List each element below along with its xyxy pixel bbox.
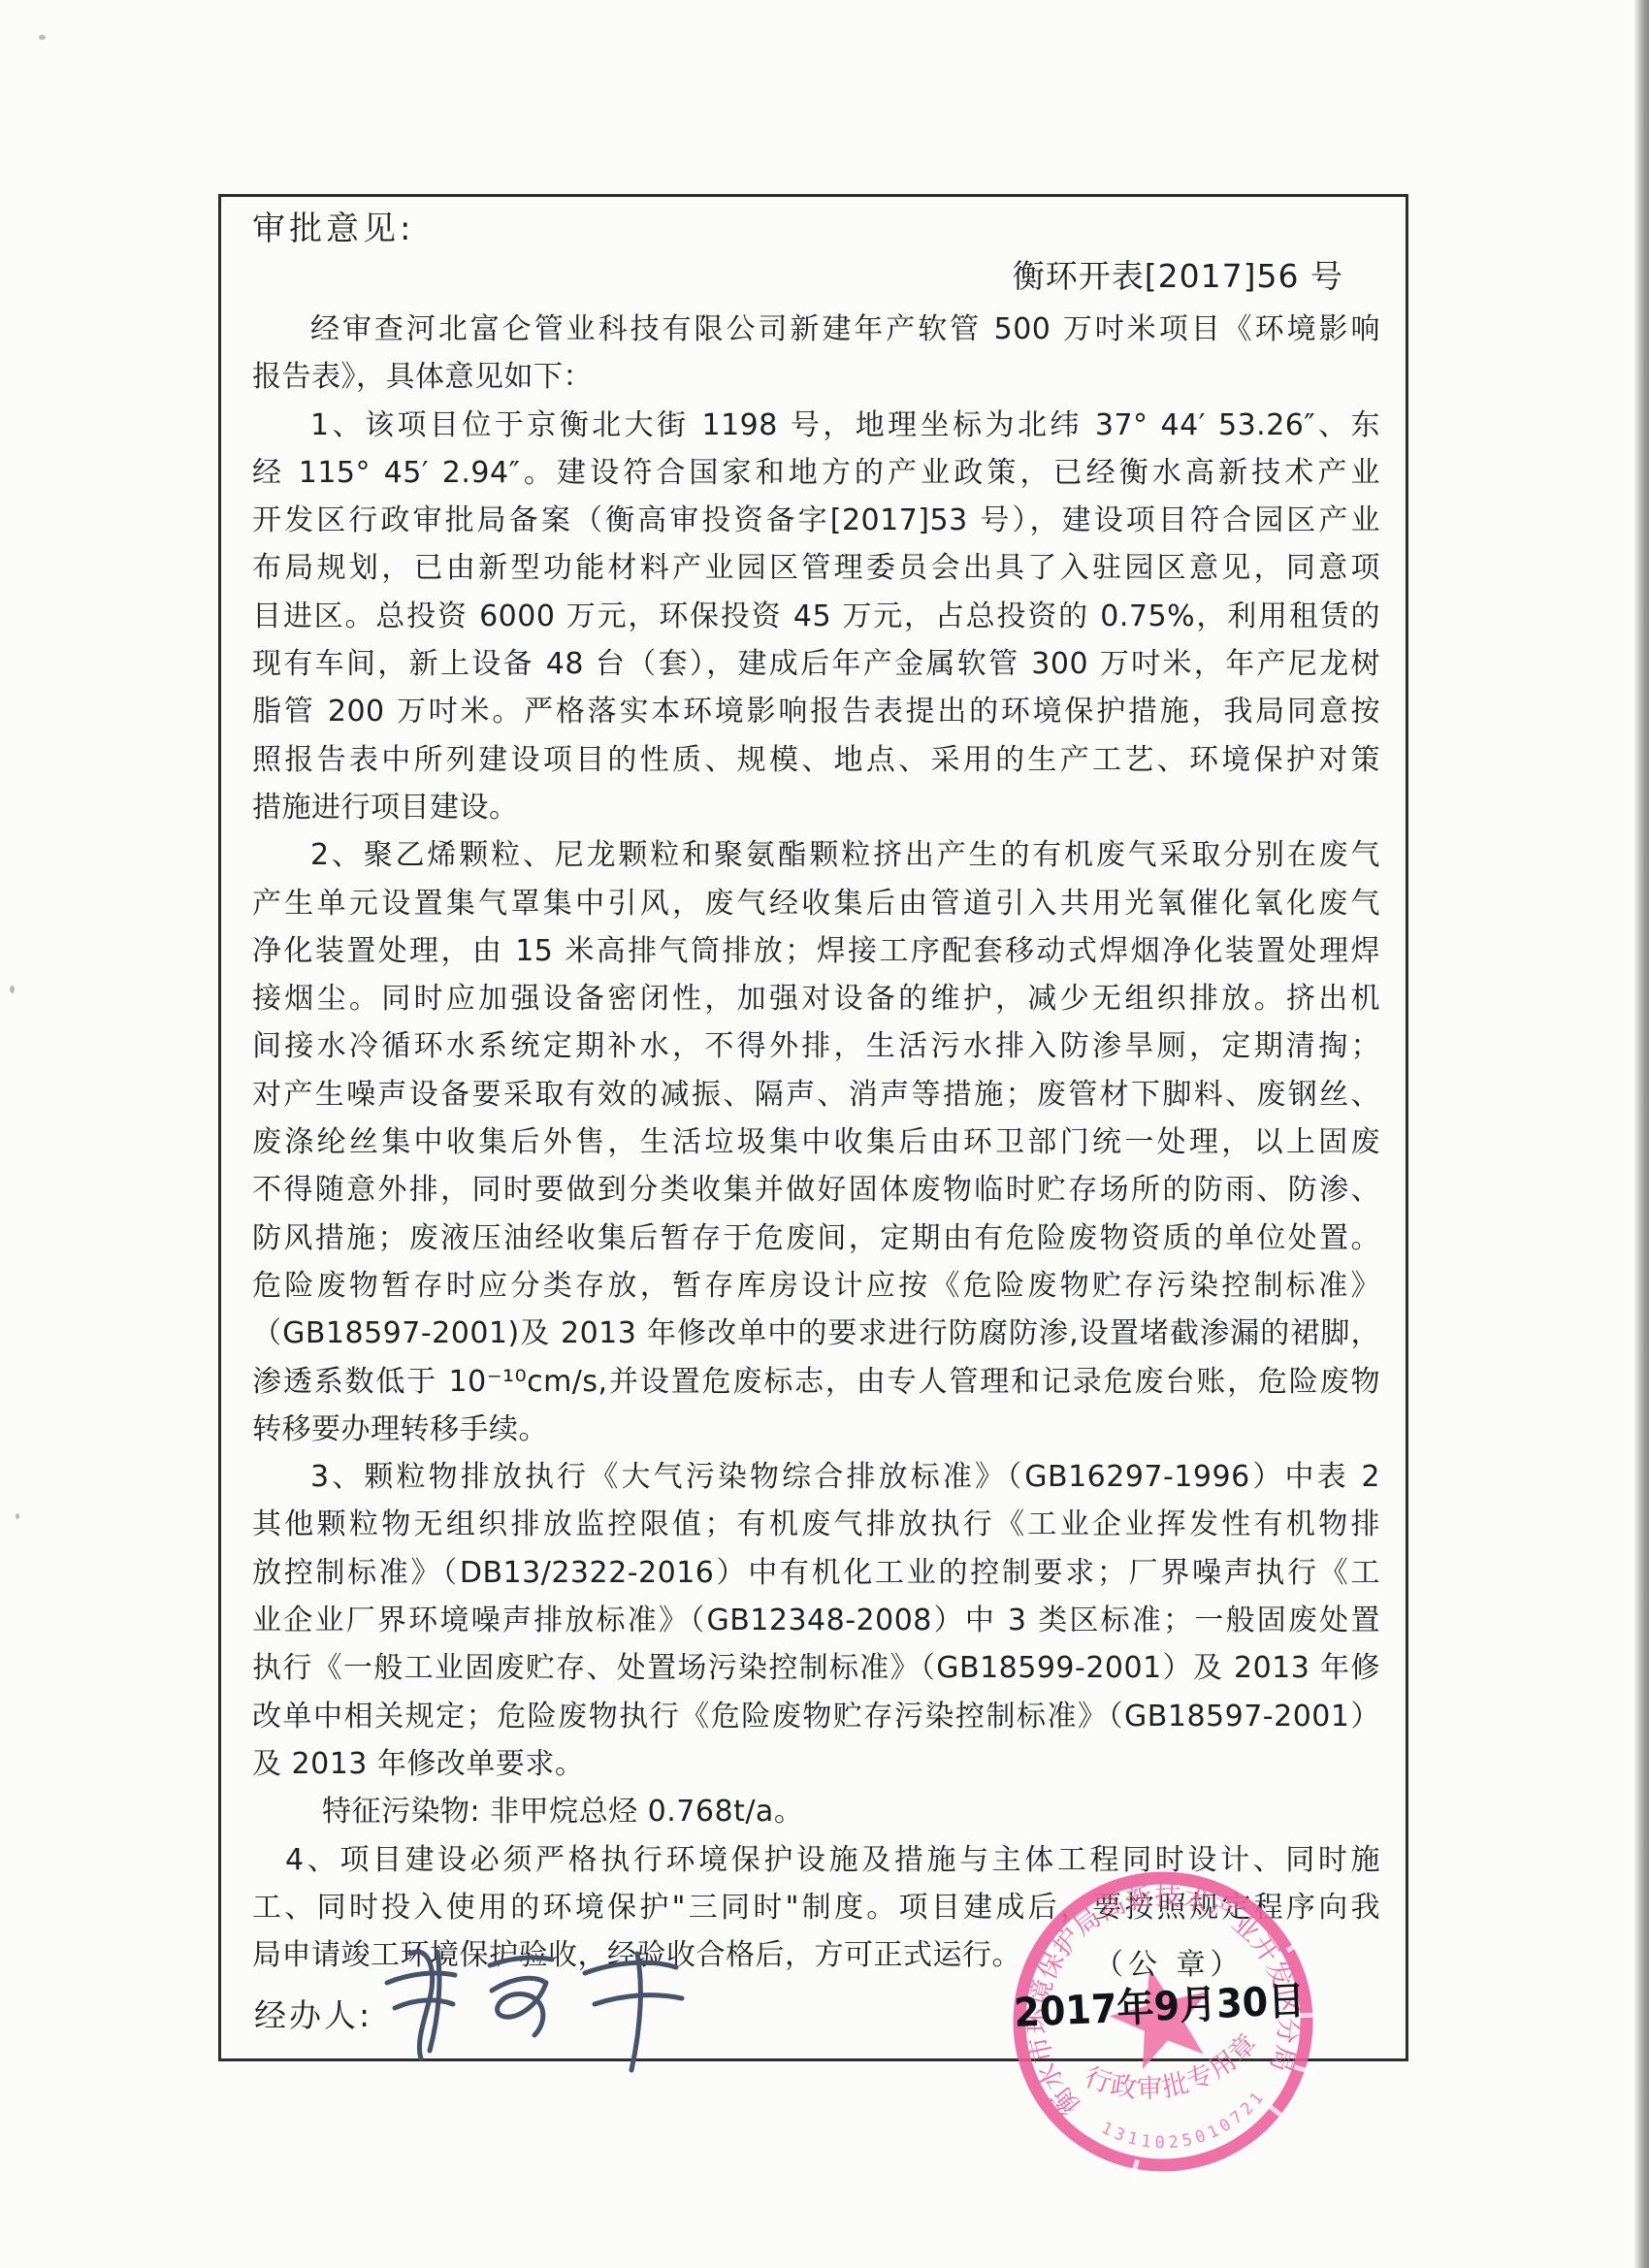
body-line: 业企业厂界环境噪声排放标准》（GB12348-2008）中 3 类区标准；一般固… — [252, 1597, 1380, 1644]
signature-stroke — [387, 1973, 455, 1983]
handler-label: 经办人: — [254, 1991, 372, 2036]
body-line: 产生单元设置集气罩集中引风，废气经收集后由管道引入共用光氧催化氧化废气 — [252, 880, 1380, 927]
signature-stroke — [585, 1962, 676, 1973]
signature-stroke — [410, 1952, 433, 2058]
body-line: 接烟尘。同时应加强设备密闭性，加强对设备的维护，减少无组织排放。挤出机 — [252, 975, 1380, 1022]
approval-title: 审批意见: — [252, 205, 1380, 253]
body-line: 特征污染物: 非甲烷总烃 0.768t/a。 — [252, 1788, 1380, 1835]
scan-edge-shadow — [1633, 0, 1649, 2268]
body-line: 照报告表中所列建设项目的性质、规模、地点、采用的生产工艺、环境保护对策 — [252, 736, 1380, 784]
scan-speck — [39, 35, 46, 40]
approval-opinion-box: 审批意见: 衡环开表[2017]56 号 经审查河北富仑管业科技有限公司新建年产… — [218, 194, 1408, 2061]
scan-speck — [16, 1513, 19, 1519]
signature-stroke — [631, 1954, 640, 2070]
signature-stroke — [490, 1958, 552, 1965]
body-line: 其他颗粒物无组织排放监控限值；有机废气排放执行《工业企业挥发性有机物排 — [252, 1501, 1380, 1548]
body-line: 渗透系数低于 10⁻¹⁰cm/s,并设置危废标志，由专人管理和记录危废台账，危险… — [252, 1358, 1380, 1406]
body-line: 改单中相关规定；危险废物执行《危险废物贮存污染控制标准》（GB18597-200… — [252, 1693, 1380, 1740]
body-line: 转移要办理转移手续。 — [252, 1406, 1380, 1453]
body-line: 3、颗粒物排放执行《大气污染物综合排放标准》（GB16297-1996）中表 2 — [252, 1453, 1380, 1501]
body-line: 危险废物暂存时应分类存放，暂存库房设计应按《危险废物贮存污染控制标准》 — [252, 1262, 1380, 1310]
body-line: 不得随意外排，同时要做到分类收集并做好固体废物临时贮存场所的防雨、防渗、 — [252, 1166, 1380, 1214]
body-line: 2、聚乙烯颗粒、尼龙颗粒和聚氨酯颗粒挤出产生的有机废气采取分别在废气 — [252, 831, 1380, 879]
signature-stroke — [395, 2000, 453, 2008]
body-line: 目进区。总投资 6000 万元，环保投资 45 万元，占总投资的 0.75%，利… — [252, 593, 1380, 640]
body-line: 及 2013 年修改单要求。 — [252, 1740, 1380, 1788]
body-line: 间接水冷循环水系统定期补水，不得外排，生活污水排入防渗旱厕，定期清掏； — [252, 1022, 1380, 1070]
body-line: 现有车间，新上设备 48 台（套），建成后年产金属软管 300 万吋米，年产尼龙… — [252, 640, 1380, 688]
body-line: 废涤纶丝集中收集后外售，生活垃圾集中收集后由环卫部门统一处理，以上固废 — [252, 1118, 1380, 1166]
body-line: 放控制标准》（DB13/2322-2016）中有机化工业的控制要求；厂界噪声执行… — [252, 1549, 1380, 1597]
scan-speck — [10, 986, 15, 993]
body-line: 1、该项目位于京衡北大街 1198 号，地理坐标为北纬 37° 44′ 53.2… — [252, 402, 1380, 449]
body-line: 布局规划，已由新型功能材料产业园区管理委员会出具了入驻园区意见，同意项 — [252, 544, 1380, 592]
body-line: 开发区行政审批局备案（衡高审投资备字[2017]53 号），建设项目符合园区产业 — [252, 497, 1380, 544]
body-line: 执行《一般工业固废贮存、处置场污染控制标准》（GB18599-2001）及 20… — [252, 1644, 1380, 1692]
scanned-approval-document: { "document": { "title": "审批意见:", "doc_n… — [0, 0, 1649, 2268]
approval-body: 经审查河北富仑管业科技有限公司新建年产软管 500 万吋米项目《环境影响报告表》… — [252, 306, 1380, 1979]
body-line: 对产生噪声设备要采取有效的减振、隔声、消声等措施；废管材下脚料、废钢丝、 — [252, 1071, 1380, 1118]
document-number: 衡环开表[2017]56 号 — [252, 253, 1380, 300]
handwritten-signature: 曹瑞军 — [373, 1932, 723, 2078]
body-line: 措施进行项目建设。 — [252, 784, 1380, 831]
body-line: 经审查河北富仑管业科技有限公司新建年产软管 500 万吋米项目《环境影响 — [252, 306, 1380, 353]
body-line: 报告表》，具体意见如下： — [252, 353, 1380, 401]
body-line: 经 115° 45′ 2.94″。建设符合国家和地方的产业政策，已经衡水高新技术… — [252, 449, 1380, 497]
body-line: 防风措施；废液压油经收集后暂存于危废间，定期由有危险废物资质的单位处置。 — [252, 1215, 1380, 1262]
signature-stroke — [492, 1978, 546, 2035]
body-line: 净化装置处理，由 15 米高排气筒排放；焊接工序配套移动式焊烟净化装置处理焊 — [252, 927, 1380, 975]
body-line: 脂管 200 万吋米。严格落实本环境影响报告表提出的环境保护措施，我局同意按 — [252, 688, 1380, 735]
body-line: （GB18597-2001)及 2013 年修改单中的要求进行防腐防渗,设置堵截… — [252, 1310, 1380, 1357]
